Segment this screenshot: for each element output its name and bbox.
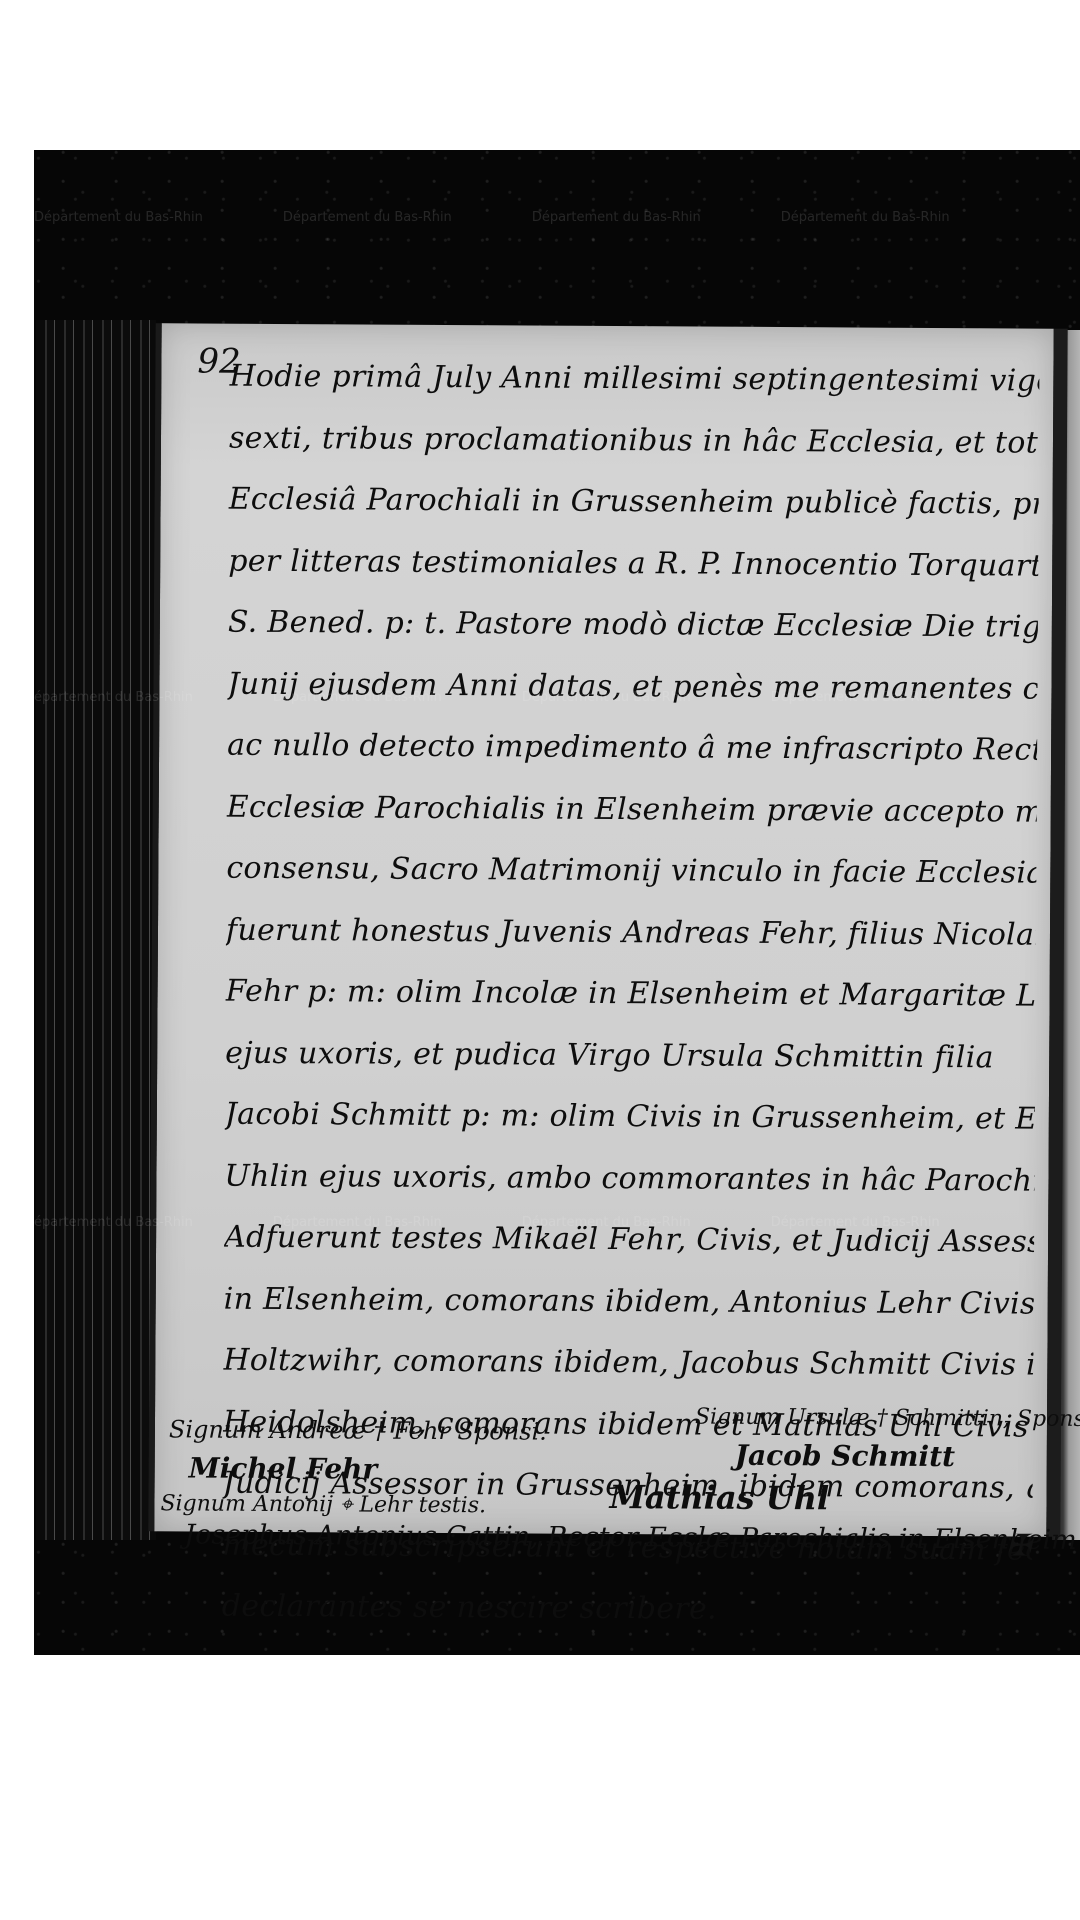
text-line: consensu, Sacro Matrimonij vinculo in fa… bbox=[226, 838, 1036, 904]
manuscript-page: 92 Hodie primâ July Anni millesimi septi… bbox=[148, 323, 1067, 1537]
groom-mark-signature: Signum Andreæ † Fehr Sponsi. bbox=[169, 1415, 547, 1445]
text-line: Holtzwihr, comorans ibidem, Jacobus Schm… bbox=[223, 1330, 1033, 1396]
text-line: ejus uxoris, et pudica Virgo Ursula Schm… bbox=[225, 1022, 1035, 1088]
text-line: Jacobi Schmitt p: m: olim Civis in Gruss… bbox=[225, 1084, 1035, 1150]
witness-signature-mathias: Mathias Uhl bbox=[609, 1478, 829, 1517]
archive-scan: Département du Bas-Rhin Département du B… bbox=[34, 150, 1080, 1655]
text-line: Hodie primâ July Anni millesimi septinge… bbox=[229, 346, 1039, 412]
text-line: ac nullo detecto impedimento â me infras… bbox=[227, 715, 1037, 781]
text-line: S. Bened. p: t. Pastore modò dictæ Eccle… bbox=[228, 592, 1038, 658]
paraph-flourish-icon: ✠ bbox=[1006, 1528, 1031, 1563]
watermark: Département du Bas-Rhin bbox=[771, 1215, 940, 1230]
text-line: Fehr p: m: olim Incolæ in Elsenheim et M… bbox=[225, 961, 1035, 1027]
witness-signature-jacob: Jacob Schmitt bbox=[735, 1439, 955, 1473]
text-line: sexti, tribus proclamationibus in hâc Ec… bbox=[229, 407, 1039, 473]
watermark: Département du Bas-Rhin bbox=[34, 210, 203, 225]
witness-signature-michel: Michel Fehr bbox=[189, 1451, 378, 1485]
watermark: Département du Bas-Rhin bbox=[283, 210, 452, 225]
text-line: fuerunt honestus Juvenis Andreas Fehr, f… bbox=[226, 899, 1036, 965]
watermark-row-middle: Département du Bas-Rhin Département du B… bbox=[34, 690, 1070, 705]
text-line: Ecclesiæ Parochialis in Elsenheim prævie… bbox=[227, 776, 1037, 842]
watermark: Département du Bas-Rhin bbox=[522, 1215, 691, 1230]
text-line: per litteras testimoniales a R. P. Innoc… bbox=[228, 530, 1038, 596]
text-line: declarantes se nescire scribere. bbox=[222, 1576, 1032, 1642]
witness-mark-antonius: Signum Antonij ⌖ Lehr testis. bbox=[160, 1491, 486, 1518]
text-line: Ecclesiâ Parochiali in Grussenheim publi… bbox=[228, 469, 1038, 535]
text-line: in Elsenheim, comorans ibidem, Antonius … bbox=[224, 1268, 1034, 1334]
text-line: Junij ejusdem Anni datas, et penès me re… bbox=[227, 653, 1037, 719]
watermark: Département du Bas-Rhin bbox=[34, 690, 193, 705]
bride-mark-signature: Signum Ursulæ † Schmittin, Sponsæ. bbox=[695, 1405, 1080, 1433]
watermark: Département du Bas-Rhin bbox=[273, 690, 442, 705]
rector-signature: Josephus Antonius Cattin, Rector Ecclæ P… bbox=[184, 1519, 1077, 1555]
watermark: Département du Bas-Rhin bbox=[771, 690, 940, 705]
watermark: Département du Bas-Rhin bbox=[781, 210, 950, 225]
text-line: Uhlin ejus uxoris, ambo commorantes in h… bbox=[224, 1145, 1034, 1211]
watermark-row-lower: Département du Bas-Rhin Département du B… bbox=[34, 1215, 1070, 1230]
watermark: Département du Bas-Rhin bbox=[522, 690, 691, 705]
watermark-row-top: Département du Bas-Rhin Département du B… bbox=[34, 210, 1080, 225]
watermark: Département du Bas-Rhin bbox=[532, 210, 701, 225]
book-binding-left bbox=[36, 320, 156, 1540]
watermark: Département du Bas-Rhin bbox=[34, 1215, 193, 1230]
watermark: Département du Bas-Rhin bbox=[273, 1215, 442, 1230]
